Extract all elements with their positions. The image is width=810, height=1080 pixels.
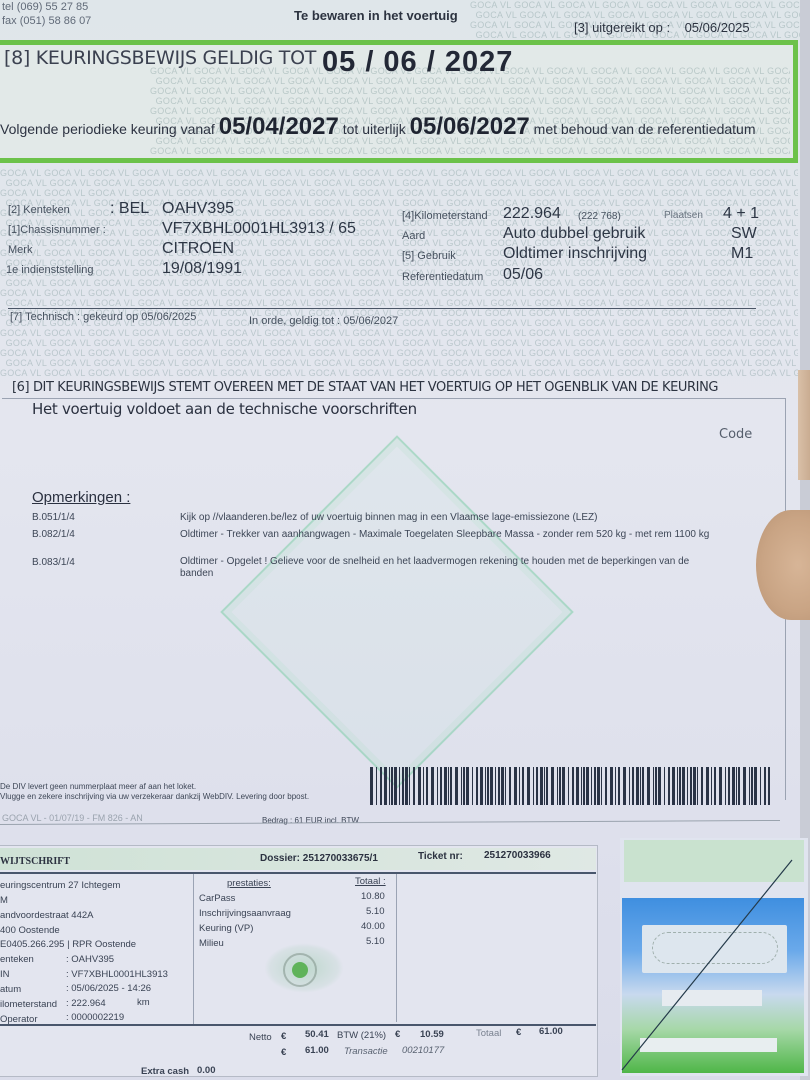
receipt-vin: : VF7XBHL0001HL3913: [66, 969, 168, 981]
extra-cash-amount: 0.00: [197, 1065, 216, 1077]
vehicle-divider: [8, 308, 756, 309]
service-name: Keuring (VP): [199, 923, 253, 935]
paid-amount: 61.00: [305, 1045, 329, 1057]
fax-number: (051) 58 86 07: [20, 15, 92, 27]
km-previous: (222 768): [578, 211, 621, 222]
currency-symbol: €: [281, 1031, 286, 1043]
netto-label: Netto: [249, 1032, 272, 1044]
next-from-date: 05/04/2027: [219, 113, 339, 140]
total-column-header: Totaal :: [355, 876, 386, 888]
receipt-vin-label: IN: [0, 969, 10, 981]
seats-label: Plaatsen: [664, 210, 703, 221]
currency-symbol: €: [395, 1029, 400, 1041]
km-value: 222.964: [503, 205, 561, 223]
remark-code: B.082/1/4: [32, 529, 75, 540]
extra-cash-label: Extra cash: [141, 1066, 189, 1078]
amount-note: Bedrag : 61 EUR incl. BTW: [262, 816, 359, 825]
finger-edge: [798, 370, 810, 480]
type-value: Auto dubbel gebruik: [503, 225, 645, 243]
service-amount: 10.80: [361, 891, 385, 903]
currency-symbol: €: [281, 1047, 286, 1059]
total-amount: 61.00: [539, 1026, 563, 1038]
dossier-number: Dossier: 251270033675/1: [260, 853, 378, 864]
service-amount: 40.00: [361, 921, 385, 933]
use-label: [5] Gebruik: [402, 250, 456, 262]
next-inspection-line: Volgende periodieke keuring vanaf 05/04/…: [0, 113, 755, 141]
chassis-label: [1]Chassisnummer :: [8, 224, 106, 236]
services-header: prestaties:: [227, 878, 271, 890]
div-notice: De DIV levert geen nummerplaat meer af a…: [0, 782, 309, 802]
reference-date-label: Referentiedatum: [402, 271, 483, 283]
remark-text: Oldtimer - Opgelet ! Gelieve voor de sne…: [180, 556, 720, 580]
remark-code: B.051/1/4: [32, 512, 75, 523]
seats-value: 4 + 1: [723, 205, 759, 223]
use-value: Oldtimer inschrijving: [503, 245, 647, 263]
center-city: 400 Oostende: [0, 925, 60, 937]
in-order-validity: In orde, geldig tot : 05/06/2027: [249, 315, 398, 327]
netto-amount: 50.41: [305, 1029, 329, 1041]
plate-label: [2] Kenteken: [8, 204, 70, 216]
service-name: CarPass: [199, 893, 235, 905]
valid-until-date: 05 / 06 / 2027: [322, 46, 513, 79]
remarks-title: Opmerkingen :: [32, 489, 130, 506]
keep-notice: Te bewaren in het voertuig: [294, 8, 458, 23]
km-label: [4]Kilometerstand: [402, 210, 488, 222]
receipt-plate-label: enteken: [0, 954, 34, 966]
card-strike-line: [620, 838, 810, 1078]
barcode: [370, 767, 770, 805]
receipt-operator-label: Operator: [0, 1014, 38, 1026]
remark-text: Oldtimer - Trekker van aanhangwagen - Ma…: [180, 529, 720, 541]
receipt-plate: : OAHV395: [66, 954, 114, 966]
vat-amount: 10.59: [420, 1029, 444, 1041]
receipt-footer-line: [0, 1024, 596, 1026]
receipt-col-divider: [193, 874, 194, 1024]
receipt-km: : 222.964: [66, 998, 106, 1010]
currency-symbol: €: [516, 1027, 521, 1039]
service-amount: 5.10: [366, 936, 385, 948]
plate-country: : BEL: [110, 200, 149, 218]
first-registration-value: 19/08/1991: [162, 260, 242, 278]
conformity-heading: [6] DIT KEURINGSBEWIJS STEMT OVEREEN MET…: [12, 380, 718, 395]
first-registration-label: 1e indienststelling: [6, 264, 93, 276]
eye-logo-icon: [292, 962, 308, 978]
receipt-header-line: [0, 872, 596, 874]
total-label: Totaal: [476, 1028, 501, 1040]
receipt-operator: : 0000002219: [66, 1012, 124, 1024]
contact-info: tel (069) 55 27 85 fax (051) 58 86 07: [2, 0, 91, 28]
service-name: Inschrijvingsaanvraag: [199, 908, 291, 920]
chassis-value: VF7XBHL0001HL3913 / 65: [162, 220, 356, 238]
center-name: euringscentrum 27 Ichtegem: [0, 880, 120, 892]
receipt-km-label: ilometerstand: [0, 999, 57, 1011]
service-name: Milieu: [199, 938, 224, 950]
type-label: Aard: [402, 230, 425, 242]
technical-inspection: [7] Technisch : gekeurd op 05/06/2025: [10, 311, 196, 323]
center-vat: E0405.266.295 | RPR Oostende: [0, 939, 136, 951]
issued-date: [3] uitgereikt op : 05/06/2025: [574, 20, 750, 35]
type-code: SW: [731, 225, 757, 243]
remark-code: B.083/1/4: [32, 557, 75, 568]
reference-date-value: 05/06: [503, 266, 543, 284]
transaction-label: Transactie: [344, 1046, 388, 1058]
make-label: Merk: [8, 244, 32, 256]
next-until-date: 05/06/2027: [410, 113, 530, 140]
receipt-title: WIJTSCHRIFT: [0, 856, 70, 867]
use-code: M1: [731, 245, 753, 263]
code-label: Code: [719, 427, 752, 442]
validity-title: [8] KEURINGSBEWIJS GELDIG TOT :: [4, 47, 328, 69]
transaction-number: 00210177: [402, 1045, 444, 1057]
receipt-km-unit: km: [137, 997, 150, 1009]
receipt-col-divider: [396, 874, 397, 1022]
receipt-date-label: atum: [0, 984, 21, 996]
ticket-number: 251270033966: [484, 850, 551, 861]
service-amount: 5.10: [366, 906, 385, 918]
receipt-date: : 05/06/2025 - 14:26: [66, 983, 151, 995]
center-street: andvoordestraat 442A: [0, 910, 93, 922]
phone-number: (069) 55 27 85: [17, 1, 89, 13]
center-line: M: [0, 895, 8, 907]
watermark-validity-inner: GOCA VL GOCA VL GOCA VL GOCA VL GOCA VL …: [150, 66, 790, 156]
ticket-label: Ticket nr:: [418, 851, 463, 862]
vat-label: BTW (21%): [337, 1030, 386, 1042]
make-value: CITROEN: [162, 240, 234, 258]
conformity-result: Het voertuig voldoet aan de technische v…: [32, 400, 417, 418]
remark-text: Kijk op //vlaanderen.be/lez of uw voertu…: [180, 512, 720, 524]
plate-value: OAHV395: [162, 200, 234, 218]
form-code: GOCA VL - 01/07/19 - FM 826 - AN: [2, 813, 143, 823]
